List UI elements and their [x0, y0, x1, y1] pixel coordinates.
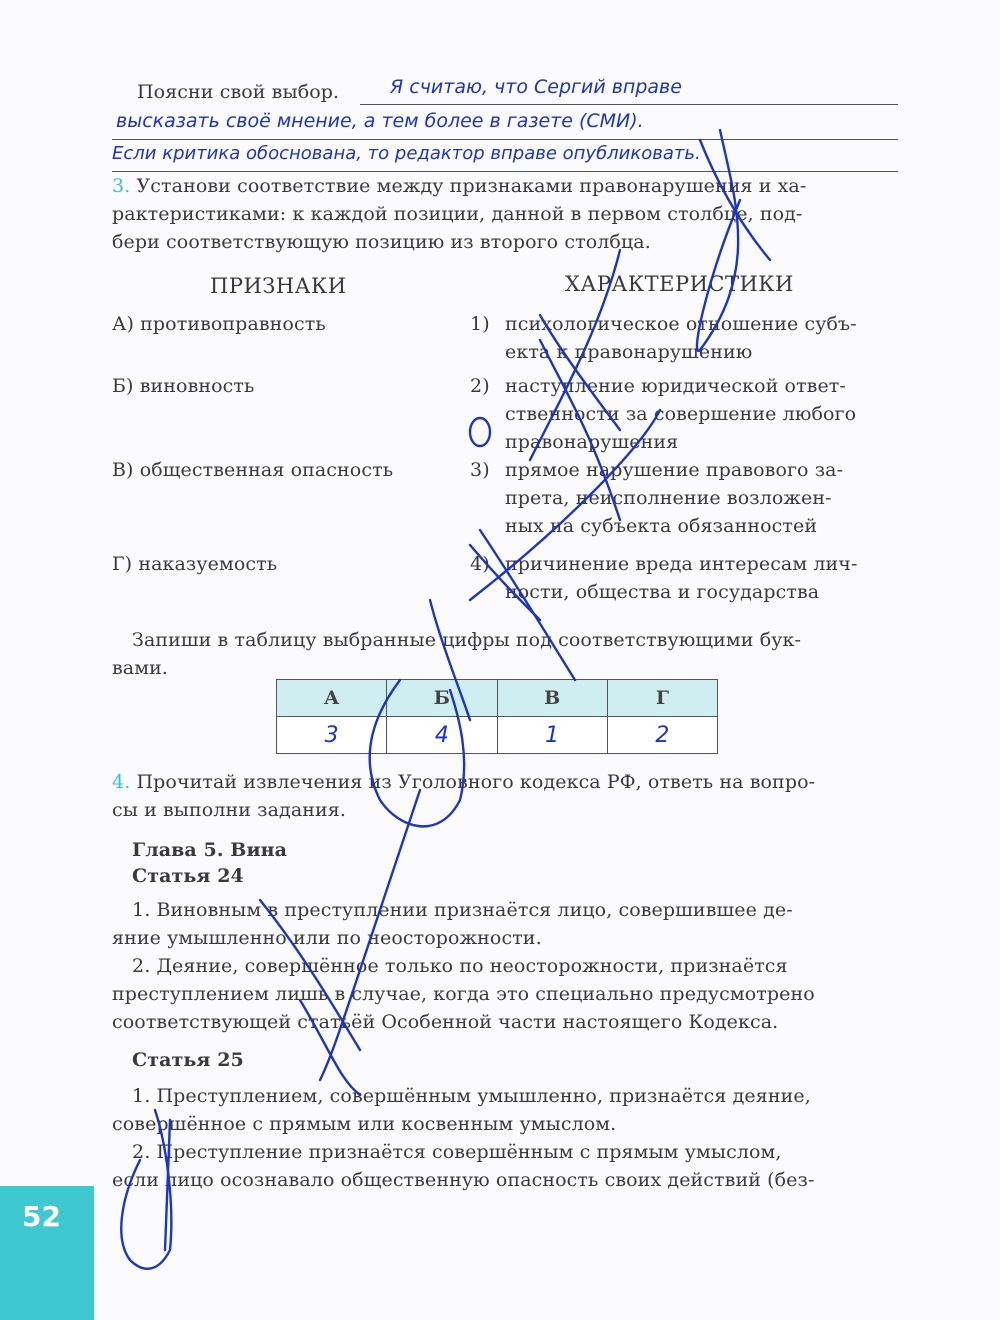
characteristic-3-line-3: ных на субъекта обязанностей	[505, 512, 817, 540]
characteristic-3-line-1: прямое нарушение правового за-	[505, 456, 843, 484]
article-24-p2-line-1: 2. Деяние, совершённое только по неостор…	[132, 952, 788, 980]
article-25-p2-line-1: 2. Преступление признаётся совершённым с…	[132, 1138, 782, 1166]
characteristic-3-number: 3)	[470, 456, 490, 484]
characteristic-2-line-3: правонарушения	[505, 428, 678, 456]
characteristic-3-line-2: прета, неисполнение возложен-	[505, 484, 832, 512]
article-25-p2-line-2: если лицо осознавало общественную опасно…	[112, 1166, 815, 1194]
sign-item-b: Б) виновность	[112, 372, 254, 400]
task4-number: 4.	[112, 771, 130, 793]
answer-cell-g[interactable]: 2	[607, 717, 717, 754]
column-header-characteristics: ХАРАКТЕРИСТИКИ	[565, 270, 794, 298]
task3-number: 3.	[112, 175, 130, 197]
article-24-title: Статья 24	[132, 862, 244, 890]
sign-item-a: А) противоправность	[112, 310, 326, 338]
characteristic-2-line-2: ственности за совершение любого	[505, 400, 856, 428]
task3-line-2: рактеристиками: к каждой позиции, данной…	[112, 200, 802, 228]
handwritten-answer-line-3: Если критика обоснована, то редактор впр…	[112, 143, 701, 164]
article-25-p1-line-1: 1. Преступлением, совершённым умышленно,…	[132, 1082, 811, 1110]
instruction-line-2: вами.	[112, 654, 168, 682]
task4-line-1: 4. Прочитай извлечения из Уголовного код…	[112, 768, 815, 796]
article-24-p2-line-3: соответствующей статьёй Особенной части …	[112, 1008, 778, 1036]
sign-item-v: В) общественная опасность	[112, 456, 393, 484]
article-24-p1-line-1: 1. Виновным в преступлении признаётся ли…	[132, 896, 793, 924]
sign-item-g: Г) наказуемость	[112, 550, 277, 578]
workbook-page: Поясни свой выбор. Я считаю, что Сергий …	[0, 0, 1000, 1320]
characteristic-1-number: 1)	[470, 310, 490, 338]
answer-rule-1	[360, 104, 898, 105]
answer-table: А Б В Г 3 4 1 2	[276, 679, 718, 754]
article-24-p1-line-2: яние умышленно или по неосторожности.	[112, 924, 542, 952]
answer-cell-a[interactable]: 3	[277, 717, 387, 754]
answer-cell-v[interactable]: 1	[497, 717, 607, 754]
characteristic-4-line-1: причинение вреда интересам лич-	[505, 550, 858, 578]
characteristic-2-number: 2)	[470, 372, 490, 400]
characteristic-2-line-1: наступление юридической ответ-	[505, 372, 846, 400]
answer-table-value-row: 3 4 1 2	[277, 717, 718, 754]
task3-line-1: 3. Установи соответствие между признакам…	[112, 172, 806, 200]
characteristic-1-line-1: психологическое отношение субъ-	[505, 310, 857, 338]
chapter-title: Глава 5. Вина	[132, 836, 287, 864]
task4-line-2: сы и выполни задания.	[112, 796, 346, 824]
answer-table-header-row: А Б В Г	[277, 680, 718, 717]
article-25-title: Статья 25	[132, 1046, 244, 1074]
handwritten-answer-line-1: Я считаю, что Сергий вправе	[390, 76, 682, 98]
article-25-p1-line-2: совершённое с прямым или косвенным умысл…	[112, 1110, 616, 1138]
handwritten-answer-line-2: высказать своё мнение, а тем более в газ…	[116, 110, 644, 132]
characteristic-4-number: 4)	[470, 550, 490, 578]
answer-cell-b[interactable]: 4	[387, 717, 497, 754]
page-number-tab: 52	[0, 1186, 94, 1320]
answer-table-header-b: Б	[387, 680, 497, 717]
answer-table-header-a: А	[277, 680, 387, 717]
explain-label: Поясни свой выбор.	[137, 78, 339, 106]
answer-table-header-v: В	[497, 680, 607, 717]
answer-table-header-g: Г	[607, 680, 717, 717]
characteristic-4-line-2: ности, общества и государства	[505, 578, 819, 606]
column-header-signs: ПРИЗНАКИ	[210, 272, 347, 300]
article-24-p2-line-2: преступлением лишь в случае, когда это с…	[112, 980, 815, 1008]
page-number: 52	[22, 1200, 61, 1233]
characteristic-1-line-2: екта к правонарушению	[505, 338, 752, 366]
instruction-line-1: Запиши в таблицу выбранные цифры под соо…	[132, 626, 801, 654]
task3-line-3: бери соответствующую позицию из второго …	[112, 228, 651, 256]
answer-rule-2	[112, 139, 898, 140]
